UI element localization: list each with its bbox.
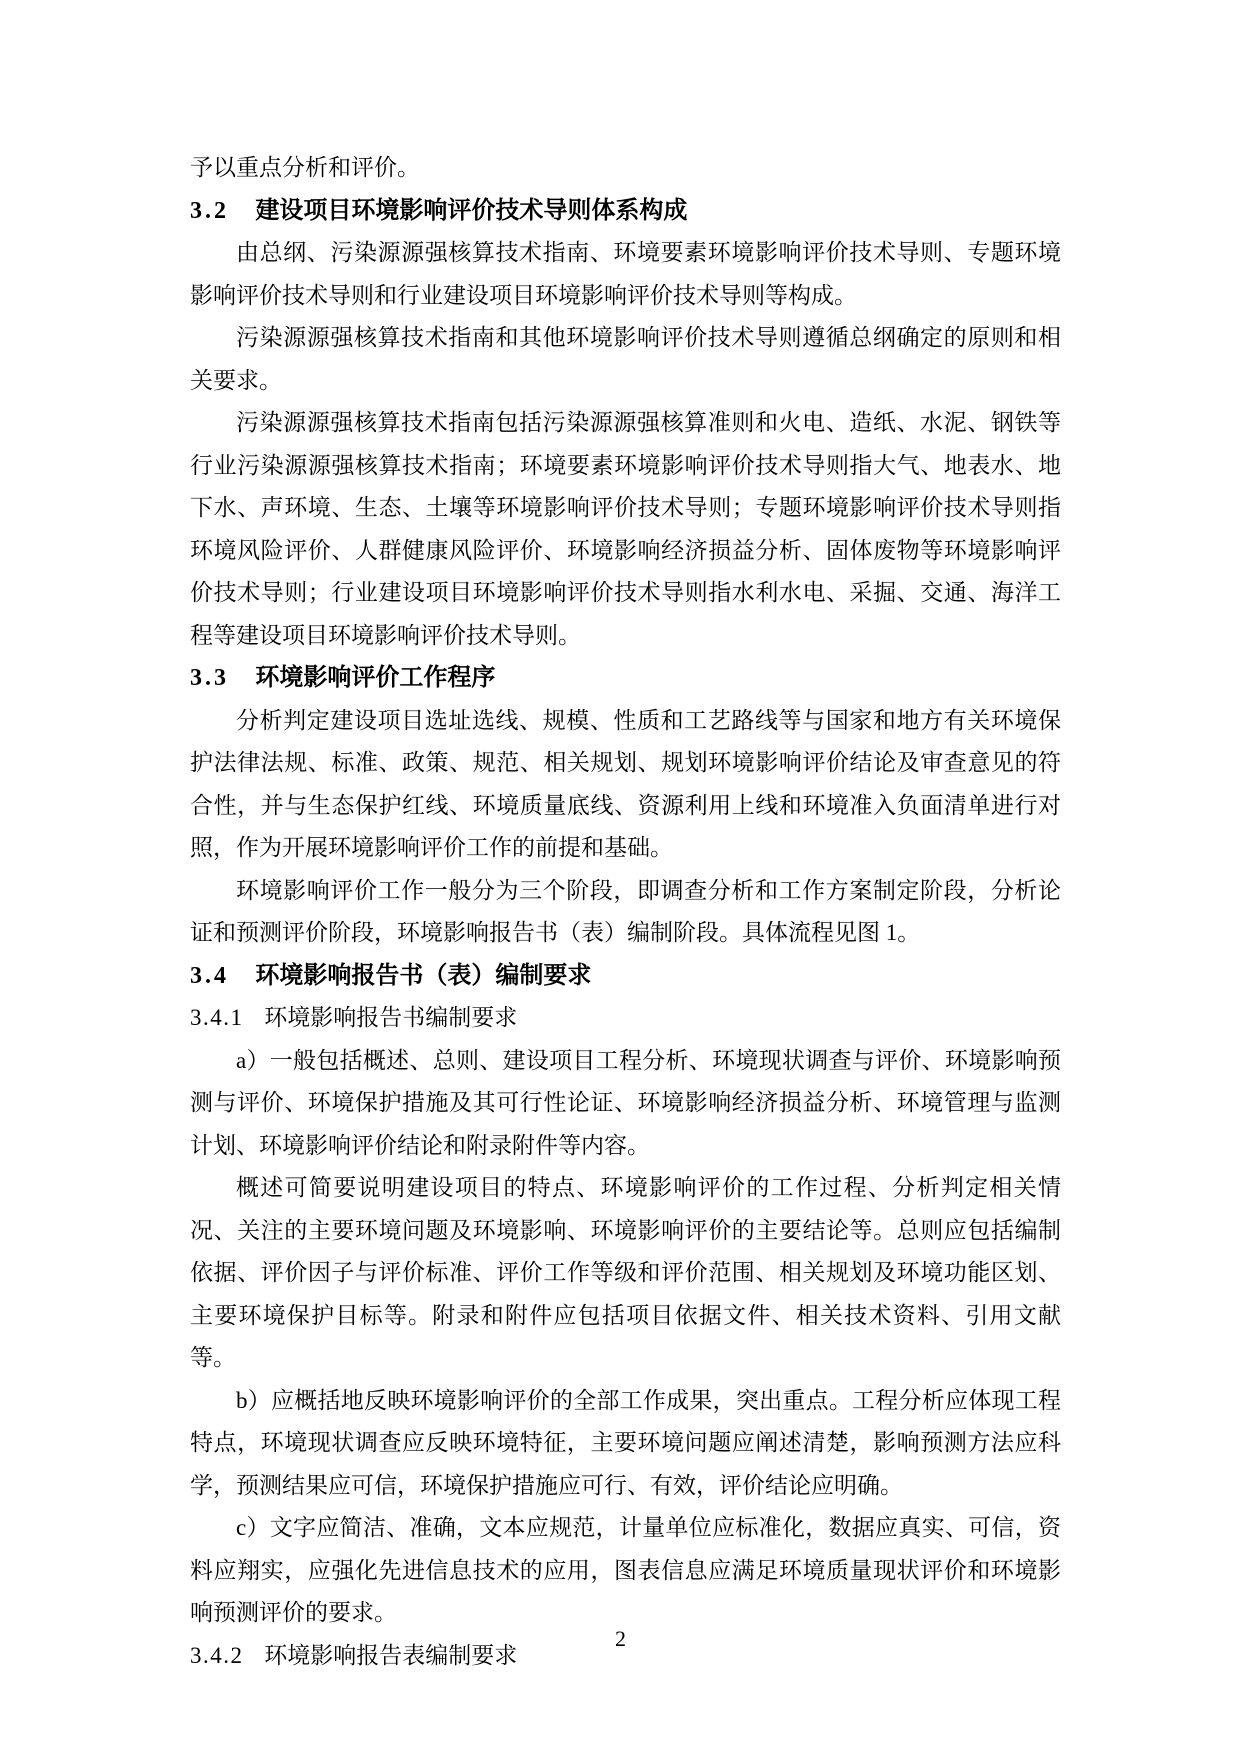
section-number: 3.4: [190, 963, 229, 989]
section-heading-3-2: 3.2建设项目环境影响评价技术导则体系构成: [190, 190, 1061, 233]
section-heading-3-3: 3.3环境影响评价工作程序: [190, 657, 1061, 700]
section-title: 环境影响评价工作程序: [255, 664, 495, 691]
section-title: 环境影响报告书（表）编制要求: [255, 962, 591, 989]
paragraph: a）一般包括概述、总则、建设项目工程分析、环境现状调查与评价、环境影响预测与评价…: [190, 1040, 1061, 1168]
paragraph: 分析判定建设项目选址选线、规模、性质和工艺路线等与国家和地方有关环境保护法律法规…: [190, 700, 1061, 870]
section-number: 3.2: [190, 198, 229, 224]
paragraph: 污染源源强核算技术指南和其他环境影响评价技术导则遵循总纲确定的原则和相关要求。: [190, 317, 1061, 402]
section-title: 建设项目环境影响评价技术导则体系构成: [255, 197, 687, 224]
page-content: 予以重点分析和评价。 3.2建设项目环境影响评价技术导则体系构成 由总纲、污染源…: [190, 147, 1061, 1677]
paragraph: 由总纲、污染源源强核算技术指南、环境要素环境影响评价技术导则、专题环境影响评价技…: [190, 232, 1061, 317]
paragraph: b）应概括地反映环境影响评价的全部工作成果，突出重点。工程分析应体现工程特点，环…: [190, 1380, 1061, 1508]
paragraph: 环境影响评价工作一般分为三个阶段，即调查分析和工作方案制定阶段，分析论证和预测评…: [190, 870, 1061, 955]
paragraph: 污染源源强核算技术指南包括污染源源强核算准则和火电、造纸、水泥、钢铁等行业污染源…: [190, 402, 1061, 657]
section-heading-3-4: 3.4环境影响报告书（表）编制要求: [190, 955, 1061, 998]
paragraph-continued: 予以重点分析和评价。: [190, 147, 1061, 190]
page-number: 2: [0, 1626, 1241, 1652]
document-page: 予以重点分析和评价。 3.2建设项目环境影响评价技术导则体系构成 由总纲、污染源…: [0, 0, 1241, 1754]
paragraph: 概述可简要说明建设项目的特点、环境影响评价的工作过程、分析判定相关情况、关注的主…: [190, 1167, 1061, 1380]
subsection-heading-3-4-1: 3.4.1环境影响报告书编制要求: [190, 997, 1061, 1040]
section-number: 3.3: [190, 665, 229, 691]
subsection-title: 环境影响报告书编制要求: [264, 1005, 517, 1030]
subsection-number: 3.4.1: [190, 1005, 244, 1030]
paragraph: c）文字应简洁、准确，文本应规范，计量单位应标准化，数据应真实、可信，资料应翔实…: [190, 1507, 1061, 1635]
